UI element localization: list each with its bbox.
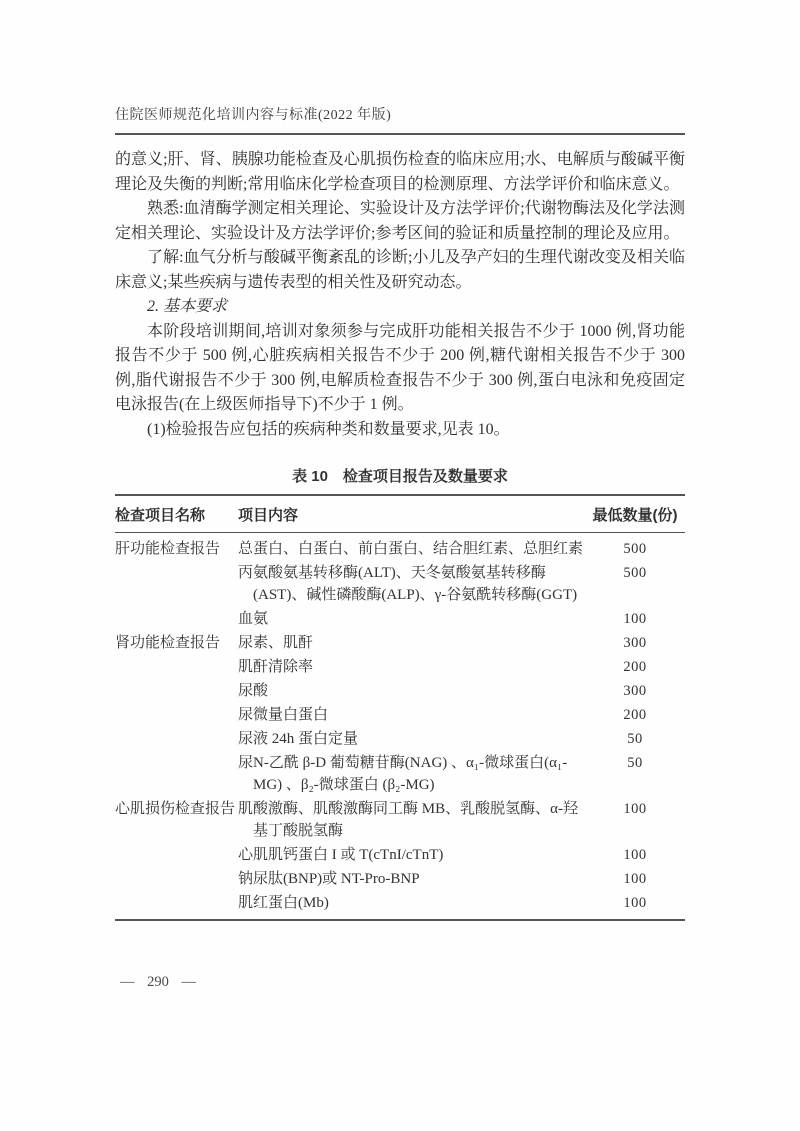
cell-category [115, 891, 238, 920]
table-row: 尿微量白蛋白200 [115, 703, 685, 727]
column-header-category: 检查项目名称 [115, 495, 238, 533]
cell-count: 200 [585, 703, 685, 727]
paragraph: 熟悉:血清酶学测定相关理论、实验设计及方法学评价;代谢物酶法及化学法测定相关理论… [115, 197, 685, 246]
table-row: 丙氨酸氨基转移酶(ALT)、天冬氨酸氨基转移酶 (AST)、碱性磷酸酶(ALP)… [115, 561, 685, 607]
cell-content: 血氨 [238, 607, 585, 631]
cell-category [115, 867, 238, 891]
running-header: 住院医师规范化培训内容与标准(2022 年版) [115, 0, 685, 126]
paragraph: 了解:血气分析与酸碱平衡紊乱的诊断;小儿及孕产妇的生理代谢改变及相关临床意义;某… [115, 246, 685, 295]
cell-content: 尿N-乙酰 β-D 葡萄糖苷酶(NAG) 、α₁-微球蛋白(α₁-MG) 、β₂… [238, 751, 585, 797]
table-row: 尿液 24h 蛋白定量50 [115, 727, 685, 751]
content-area: 住院医师规范化培训内容与标准(2022 年版) 的意义;肝、肾、胰腺功能检查及心… [115, 0, 685, 921]
cell-category [115, 561, 238, 607]
table-row: 尿酸300 [115, 679, 685, 703]
table-row: 肾功能检查报告尿素、肌酐300 [115, 631, 685, 655]
cell-count: 300 [585, 631, 685, 655]
cell-content-text: 尿液 24h 蛋白定量 [238, 728, 585, 750]
paragraph: 的意义;肝、肾、胰腺功能检查及心肌损伤检查的临床应用;水、电解质与酸碱平衡理论及… [115, 148, 685, 197]
cell-content: 丙氨酸氨基转移酶(ALT)、天冬氨酸氨基转移酶 (AST)、碱性磷酸酶(ALP)… [238, 561, 585, 607]
cell-content: 心肌肌钙蛋白 I 或 T(cTnI/cTnT) [238, 843, 585, 867]
cell-category [115, 843, 238, 867]
cell-content: 尿微量白蛋白 [238, 703, 585, 727]
cell-content-text: 尿微量白蛋白 [238, 704, 585, 726]
cell-count: 500 [585, 561, 685, 607]
cell-content: 尿素、肌酐 [238, 631, 585, 655]
table-row: 心肌损伤检查报告肌酸激酶、肌酸激酶同工酶 MB、乳酸脱氢酶、α-羟基丁酸脱氢酶1… [115, 797, 685, 843]
cell-count: 50 [585, 727, 685, 751]
report-table: 检查项目名称 项目内容 最低数量(份) 肝功能检查报告总蛋白、白蛋白、前白蛋白、… [115, 494, 685, 921]
cell-content-text: 总蛋白、白蛋白、前白蛋白、结合胆红素、总胆红素 [238, 538, 585, 560]
table-title: 表 10 检查项目报告及数量要求 [115, 465, 685, 486]
cell-count: 100 [585, 867, 685, 891]
cell-count: 100 [585, 797, 685, 843]
body-text: 的意义;肝、肾、胰腺功能检查及心肌损伤检查的临床应用;水、电解质与酸碱平衡理论及… [115, 148, 685, 442]
cell-content: 肌酸激酶、肌酸激酶同工酶 MB、乳酸脱氢酶、α-羟基丁酸脱氢酶 [238, 797, 585, 843]
table-row: 肝功能检查报告总蛋白、白蛋白、前白蛋白、结合胆红素、总胆红素500 [115, 533, 685, 562]
cell-count: 100 [585, 843, 685, 867]
cell-category: 肝功能检查报告 [115, 533, 238, 562]
column-header-content: 项目内容 [238, 495, 585, 533]
cell-content: 钠尿肽(BNP)或 NT-Pro-BNP [238, 867, 585, 891]
cell-count: 100 [585, 891, 685, 920]
cell-content: 尿液 24h 蛋白定量 [238, 727, 585, 751]
cell-content-text: 尿素、肌酐 [238, 632, 585, 654]
cell-category [115, 607, 238, 631]
cell-content-text: 尿酸 [238, 680, 585, 702]
cell-count: 300 [585, 679, 685, 703]
cell-content-text: 钠尿肽(BNP)或 NT-Pro-BNP [238, 868, 585, 890]
cell-content: 肌酐清除率 [238, 655, 585, 679]
document-page: 住院医师规范化培训内容与标准(2022 年版) 的意义;肝、肾、胰腺功能检查及心… [0, 0, 800, 1131]
cell-category [115, 679, 238, 703]
cell-count: 50 [585, 751, 685, 797]
cell-content-text: 肌红蛋白(Mb) [238, 892, 585, 914]
cell-content-text: 心肌肌钙蛋白 I 或 T(cTnI/cTnT) [238, 844, 585, 866]
cell-count: 100 [585, 607, 685, 631]
table-row: 血氨100 [115, 607, 685, 631]
cell-category: 心肌损伤检查报告 [115, 797, 238, 843]
cell-category [115, 727, 238, 751]
paragraph: 2. 基本要求 [115, 295, 685, 320]
cell-content: 肌红蛋白(Mb) [238, 891, 585, 920]
column-header-count: 最低数量(份) [585, 495, 685, 533]
cell-category [115, 751, 238, 797]
table-body: 肝功能检查报告总蛋白、白蛋白、前白蛋白、结合胆红素、总胆红素500丙氨酸氨基转移… [115, 533, 685, 921]
paragraph: (1)检验报告应包括的疾病种类和数量要求,见表 10。 [115, 418, 685, 443]
page-number: — 290 — [120, 974, 196, 991]
cell-content: 总蛋白、白蛋白、前白蛋白、结合胆红素、总胆红素 [238, 533, 585, 562]
cell-content-text: 尿N-乙酰 β-D 葡萄糖苷酶(NAG) 、α₁-微球蛋白(α₁-MG) 、β₂… [238, 752, 585, 796]
table-row: 肌酐清除率200 [115, 655, 685, 679]
table-row: 心肌肌钙蛋白 I 或 T(cTnI/cTnT)100 [115, 843, 685, 867]
cell-content-text: 丙氨酸氨基转移酶(ALT)、天冬氨酸氨基转移酶 (AST)、碱性磷酸酶(ALP)… [238, 562, 585, 606]
cell-category [115, 655, 238, 679]
cell-content-text: 血氨 [238, 608, 585, 630]
cell-count: 500 [585, 533, 685, 562]
table-row: 钠尿肽(BNP)或 NT-Pro-BNP100 [115, 867, 685, 891]
table-row: 尿N-乙酰 β-D 葡萄糖苷酶(NAG) 、α₁-微球蛋白(α₁-MG) 、β₂… [115, 751, 685, 797]
table-header-row: 检查项目名称 项目内容 最低数量(份) [115, 495, 685, 533]
table-row: 肌红蛋白(Mb)100 [115, 891, 685, 920]
cell-content: 尿酸 [238, 679, 585, 703]
cell-content-text: 肌酸激酶、肌酸激酶同工酶 MB、乳酸脱氢酶、α-羟基丁酸脱氢酶 [238, 798, 585, 842]
paragraph: 本阶段培训期间,培训对象须参与完成肝功能相关报告不少于 1000 例,肾功能报告… [115, 320, 685, 418]
cell-count: 200 [585, 655, 685, 679]
cell-content-text: 肌酐清除率 [238, 656, 585, 678]
header-rule [115, 133, 685, 135]
cell-category [115, 703, 238, 727]
cell-category: 肾功能检查报告 [115, 631, 238, 655]
